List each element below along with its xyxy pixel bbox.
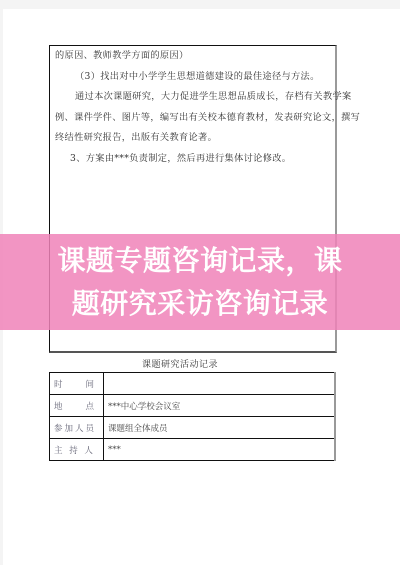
paragraph-text: 3、方案由***负责制定，然后再进行集体讨论修改。 [70,154,329,164]
title-banner: 课题专题咨询记录，课 题研究采访咨询记录 [0,234,400,330]
paragraph-text: 通过本次课题研究，大力促进学生思想品质成长，存档有关教学案 [75,92,329,102]
table-row: 时 间 [50,373,336,395]
table-row: 参加人员 课题组全体成员 [50,417,336,439]
table-row: 主 持 人 *** [50,439,336,461]
paragraph-text: （3）找出对中小学学生思想道德建设的最佳途径与方法。 [75,72,329,82]
paragraph-text: 的原因、教师教学方面的原因） [55,51,329,61]
paragraph-text: 终结性研究报告，出版有关教育论著。 [55,133,329,143]
row-label-location: 地 点 [50,395,104,417]
row-label-participants: 参加人员 [50,417,104,439]
row-label-time: 时 间 [50,373,104,395]
banner-title-line-1: 课题专题咨询记录，课 [0,239,400,282]
table-title: 课题研究活动记录 [100,357,260,370]
activity-record-table: 时 间 地 点 ***中心学校会议室 参加人员 课题组全体成员 主 持 人 **… [49,372,336,461]
row-value-location: ***中心学校会议室 [104,395,336,417]
banner-title-line-2: 题研究采访咨询记录 [0,282,400,325]
row-label-host: 主 持 人 [50,439,104,461]
banner-title: 课题专题咨询记录，课 题研究采访咨询记录 [0,234,400,330]
row-value-participants: 课题组全体成员 [104,417,336,439]
table-row: 地 点 ***中心学校会议室 [50,395,336,417]
row-value-time [104,373,336,395]
paragraph-text: 例、课件学件、图片等，编写出有关校本德育教材，发表研究论文，撰写 [55,113,329,123]
row-value-host: *** [104,439,336,461]
